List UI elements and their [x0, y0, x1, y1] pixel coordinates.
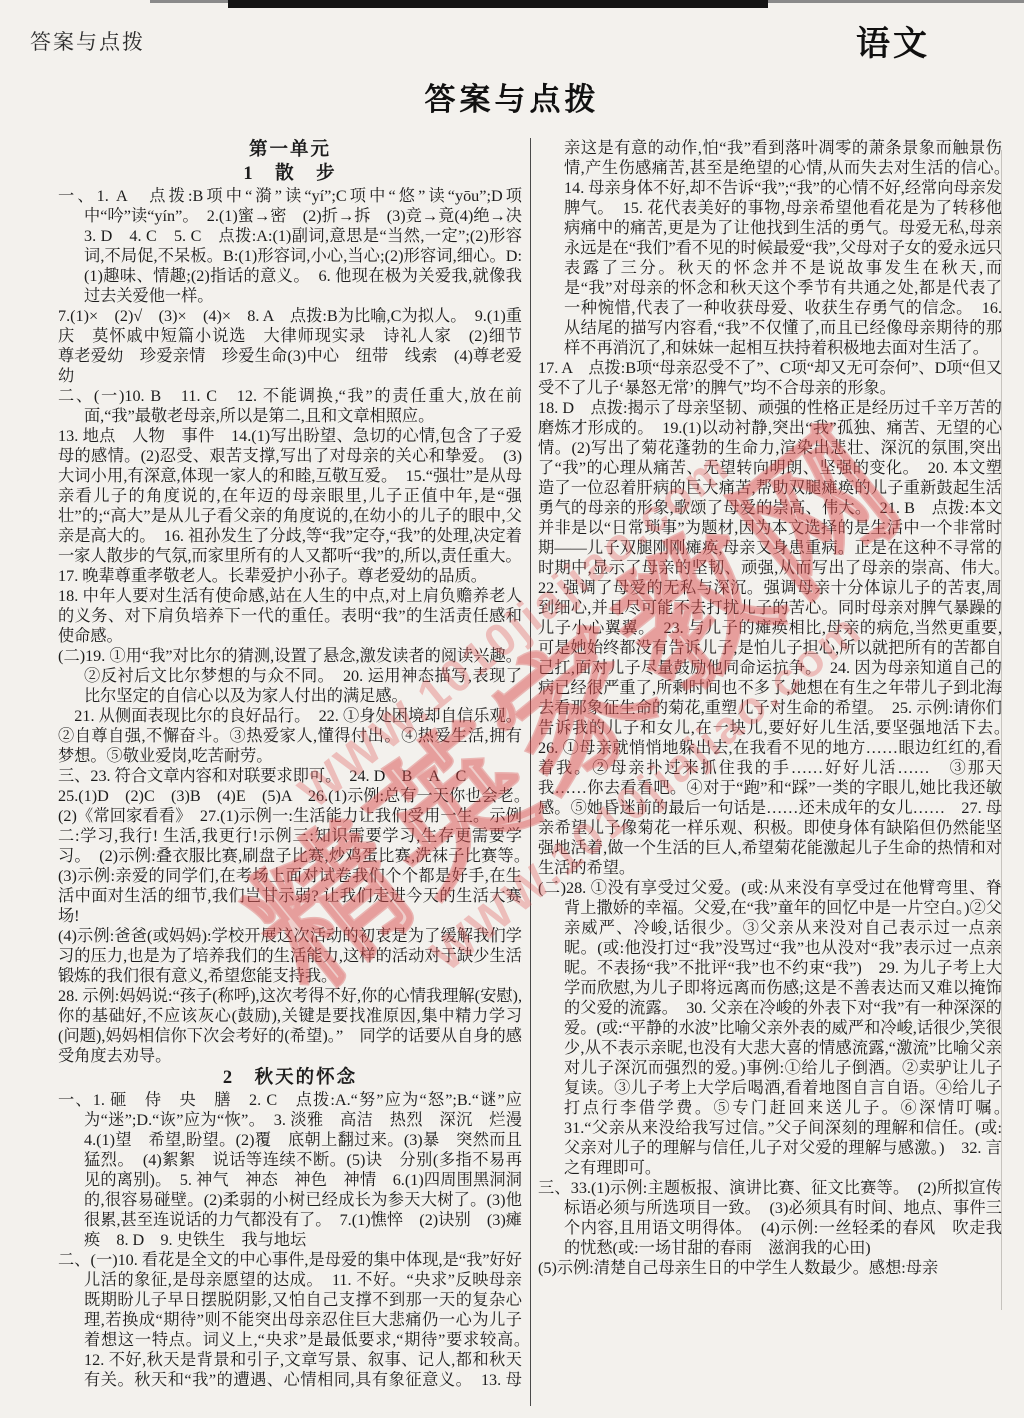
- answer-paragraph: (二)19. ①用“我”对比尔的猜测,设置了悬念,激发读者的阅读兴趣。②反衬后文…: [58, 646, 522, 706]
- section-heading: 第一单元: [58, 138, 522, 162]
- answer-paragraph: 18. 中年人要对生活有使命感,站在人生的中点,对上肩负赡养老人的义务、对下肩负…: [58, 586, 522, 646]
- answer-paragraph: 17. 晚辈尊重孝敬老人。长辈爱护小孙子。尊老爱幼的品质。: [58, 566, 522, 586]
- scan-artifact-bar: [228, 0, 768, 8]
- answer-paragraph: 25.(1)D (2)C (3)B (4)E (5)A 26.(1)示例:总有一…: [58, 786, 522, 926]
- answer-paragraph: 三、23. 符合文章内容和对联要求即可。 24. D B A C: [58, 766, 522, 786]
- answer-paragraph: 二、(一)10. B 11. C 12. 不能调换,“我”的责任重大,放在前面,…: [58, 386, 522, 426]
- subject-label: 语文: [856, 16, 930, 65]
- answer-paragraph: (4)示例:爸爸(或妈妈):学校开展这次活动的初衷是为了缓解我们学习的压力,也是…: [58, 926, 522, 986]
- answer-paragraph: 三、33.(1)示例:主题板报、演讲比赛、征文比赛等。 (2)所拟宣传标语必须与…: [538, 1178, 1002, 1258]
- answer-paragraph: 一、1. 砸 侍 央 膳 2. C 点拨:A.“努”应为“怒”;B.“谜”应为“…: [58, 1090, 522, 1250]
- page-title: 答案与点拨: [0, 74, 1024, 119]
- answer-paragraph: 21. 从侧面表现比尔的良好品行。 22. ①身处困境却自信乐观。②自尊自强,不…: [58, 706, 522, 766]
- answer-paragraph: (二)28. ①没有享受过父爱。(或:从来没有享受过在他臂弯里、脊背上撒娇的幸福…: [538, 878, 1002, 1178]
- answers-two-column-text: 第一单元1 散 步一、1. A 点拨:B项中“漪”读“yí”;C项中“悠”读“y…: [58, 138, 1002, 1406]
- scanned-answer-page: 答案与点拨 语文 答案与点拨 第一单元1 散 步一、1. A 点拨:B项中“漪”…: [0, 0, 1024, 1418]
- answer-paragraph: 28. 示例:妈妈说:“孩子(称呼),这次考得不好,你的心情我理解(安慰),你的…: [58, 986, 522, 1066]
- section-heading: 1 散 步: [58, 162, 522, 186]
- answer-paragraph: 一、1. A 点拨:B项中“漪”读“yí”;C项中“悠”读“yōu”;D项中“吟…: [58, 186, 522, 306]
- answer-paragraph: (5)示例:清楚自己母亲生日的中学生人数最少。感想:母亲: [538, 1258, 1002, 1278]
- answer-paragraph: 13. 地点 人物 事件 14.(1)写出盼望、急切的心情,包含了子爱母的感情。…: [58, 426, 522, 566]
- running-header-left: 答案与点拨: [30, 26, 145, 56]
- answer-paragraph: 18. D 点拨:揭示了母亲坚韧、顽强的性格正是经历过千辛万苦的磨炼才形成的。 …: [538, 398, 1002, 878]
- section-heading: 2 秋天的怀念: [58, 1066, 522, 1090]
- answer-paragraph: 7.(1)× (2)√ (3)× (4)× 8. A 点拨:B为比喻,C为拟人。…: [58, 306, 522, 386]
- answer-paragraph: 17. A 点拨:B项“母亲忍受不了”、C项“却又无可奈何”、D项“但又受不了儿…: [538, 358, 1002, 398]
